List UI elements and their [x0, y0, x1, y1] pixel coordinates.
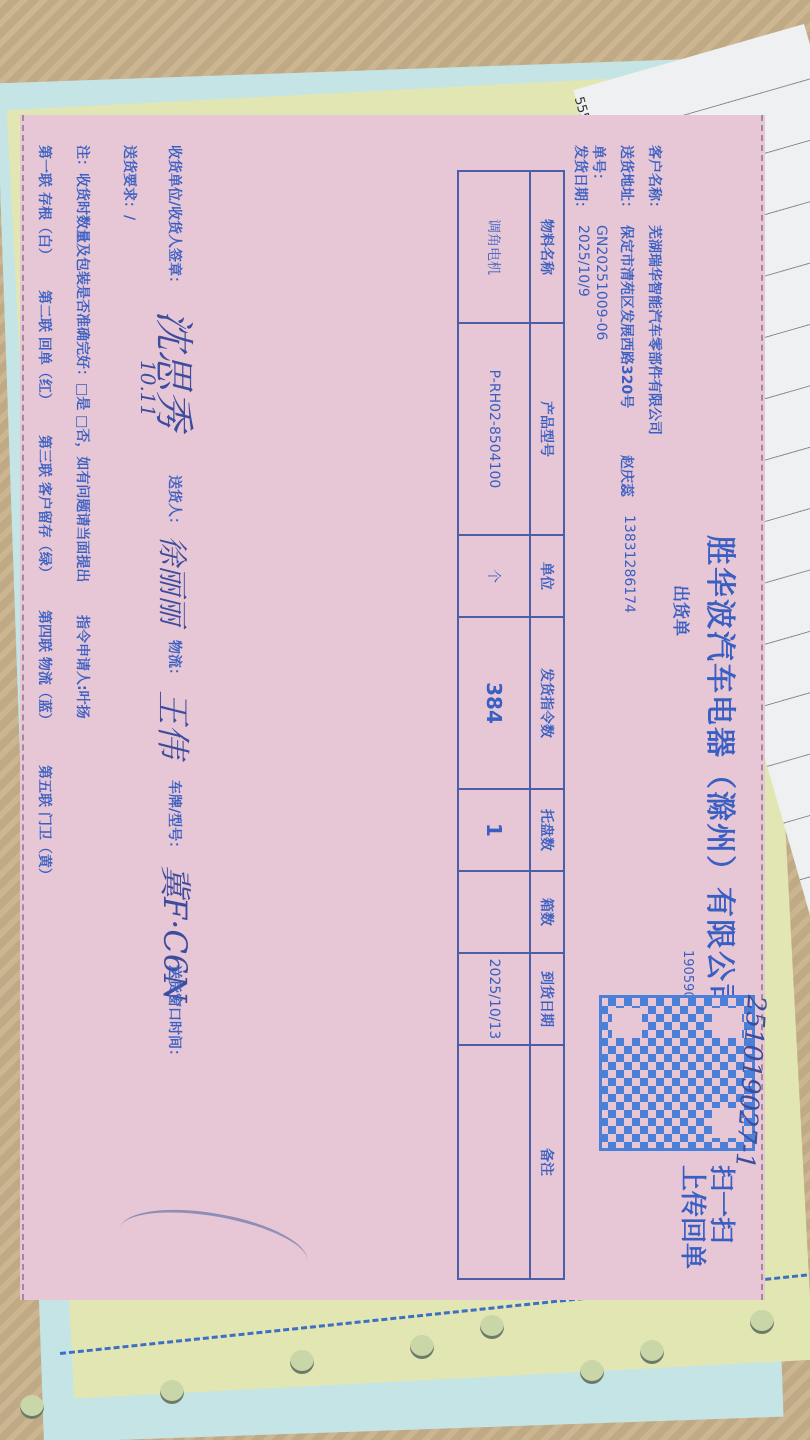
instruction-applicant: 指令申请人:叶扬: [73, 615, 93, 719]
receiver-date: 10.11: [136, 360, 160, 417]
col-arrival-date: 到货日期: [530, 953, 564, 1045]
cell-arrival-date: 2025/10/13: [458, 953, 530, 1045]
col-pallets: 托盘数: [530, 789, 564, 871]
items-table: 物料名称 产品型号 单位 发货指令数 托盘数 箱数 到货日期 备注 调角电机 P…: [457, 170, 565, 1280]
col-unit: 单位: [530, 535, 564, 617]
col-boxes: 箱数: [530, 871, 564, 953]
delivery-requirement: 送货要求：/: [120, 145, 140, 220]
cell-product-model: P-RH02-8504100: [458, 323, 530, 535]
cell-ship-quantity: 384: [458, 617, 530, 789]
copy-4: 第四联 物流（蓝）: [35, 610, 55, 727]
order-number-label: 单号：: [589, 145, 609, 187]
cell-unit: 个: [458, 535, 530, 617]
deliverer-label: 送货人：: [165, 475, 185, 531]
address-value: 保定市清苑区发展西路320号: [617, 225, 637, 408]
contact-phone: 13831286174: [621, 515, 637, 613]
receiver-label: 收货单位/收货人签章：: [165, 145, 185, 290]
ship-date-label: 发货日期：: [571, 145, 591, 215]
delivery-note: 胜华波汽车电器（滁州）有限公司 出货单 190590 扫一扫 上传回单 2510…: [20, 115, 765, 1300]
copy-5: 第五联 门卫（黄）: [35, 765, 55, 882]
logistics-label: 物流：: [165, 640, 185, 682]
col-ship-quantity: 发货指令数: [530, 617, 564, 789]
customer-value: 芜湖瑞华智能汽车零部件有限公司: [645, 225, 665, 435]
pen-stroke: [114, 1197, 312, 1292]
col-material-name: 物料名称: [530, 171, 564, 323]
form-title: 出货单: [670, 585, 695, 636]
cell-boxes: [458, 871, 530, 953]
ship-date-value: 2025/10/9: [575, 225, 591, 297]
customer-label: 客户名称：: [645, 145, 665, 215]
logistics-signature: 王伟: [151, 690, 200, 758]
deliverer-signature: 徐丽丽: [153, 535, 197, 625]
table-header-row: 物料名称 产品型号 单位 发货指令数 托盘数 箱数 到货日期 备注: [530, 171, 564, 1279]
copy-2: 第二联 回单（红）: [35, 290, 55, 407]
contact-name: 赵庆蕊: [617, 455, 637, 497]
address-label: 送货地址：: [617, 145, 637, 215]
copy-1: 第一联 存根（白）: [35, 145, 55, 262]
inspection-note: 注：收货时数量及包装是否准确完好：□是 □否，如有问题请当面提出: [73, 145, 93, 582]
vehicle-label: 车牌/型号：: [165, 780, 185, 855]
form-number: 190590: [680, 950, 695, 1000]
cell-pallets: 1: [458, 789, 530, 871]
perforated-edge-bottom: [22, 115, 24, 1300]
order-number-value: GN20251009-06: [593, 225, 609, 340]
table-row: 调角电机 P-RH02-8504100 个 384 1 2025/10/13: [458, 171, 530, 1279]
delivery-window-label: 送货窗口时间：: [165, 965, 185, 1063]
copy-3: 第三联 客户留存（绿）: [35, 435, 55, 580]
col-remarks: 备注: [530, 1045, 564, 1279]
col-product-model: 产品型号: [530, 323, 564, 535]
scan-prompt: 扫一扫 上传回单: [678, 1165, 735, 1269]
delivery-note-sheet: 胜华波汽车电器（滁州）有限公司 出货单 190590 扫一扫 上传回单 2510…: [20, 115, 765, 1300]
cell-remarks: [458, 1045, 530, 1279]
cell-material-name: 调角电机: [458, 171, 530, 323]
tractor-feed-holes: [0, 1300, 810, 1440]
company-title: 胜华波汽车电器（滁州）有限公司: [701, 535, 745, 1015]
